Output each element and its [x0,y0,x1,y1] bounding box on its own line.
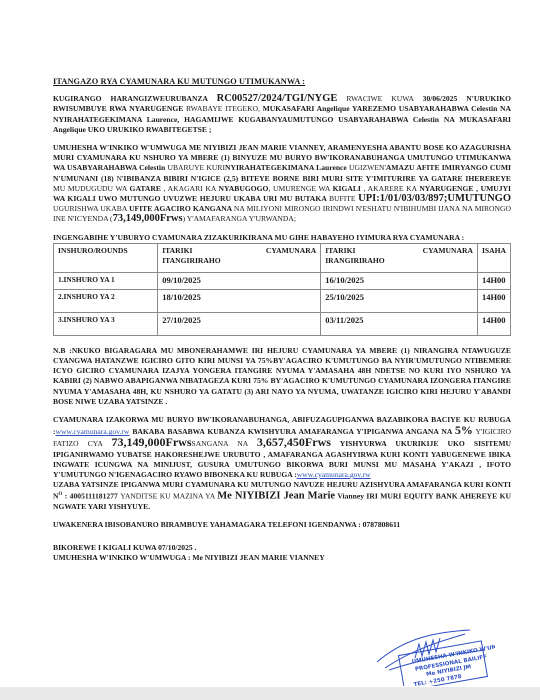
table-row: 2.INSHURO YA 218/10/202525/10/202514H00 [54,289,511,312]
column-header: ITARIKICYAMUNARA ITANGIRIRAHO [158,243,321,272]
text: KIGALI [333,184,361,193]
deposit-amount: 3,657,450Frws [257,435,331,449]
text: IBIBANZA BIBIRI N'IGICE (2,5) BITEYE BOR… [123,174,511,183]
auction-website-link[interactable]: www.cyamunara.gov.rw [297,470,371,479]
text: RWACIWE KUWA [337,94,422,103]
table-cell: 14H00 [477,272,510,289]
text: KUGIRANGO HARANGIZWEURUBANZA [53,94,217,103]
document-body: ITANGAZO RYA CYAMUNARA KU MUTUNGO UTIMUK… [53,77,511,563]
text: , AKARERE KA [361,184,419,193]
case-number: RC00527/2024/TGI/NYGE [217,93,338,104]
table-cell: 03/11/2025 [321,312,478,335]
text: GATARE [130,184,161,193]
paragraph-note: N.B :NKUKO BIGARAGARA MU MBONERAHAMWE IR… [53,346,511,407]
judgment-date: 30/06/2025 [423,94,458,103]
table-cell: 14H00 [477,289,510,312]
paragraph-payment: UZABA YATSINZE IPIGANWA MURI CYAMUNARA K… [53,480,511,512]
upi-number: UPI:1/01/03/03/897;UMUTUNGO [358,193,511,204]
bailiff-stamp-and-signature-icon: UMUHESHA W'INKIKO W'UMWUGA PROFESSIONAL … [375,628,495,686]
table-cell: 25/10/2025 [321,289,478,312]
base-price: 73,149,000Frws [112,435,192,449]
document-title: ITANGAZO RYA CYAMUNARA KU MUTUNGO UTIMUK… [53,77,511,87]
text: ) Y'AMAFARANGA Y'URWANDA; [183,214,296,223]
schedule-intro: INGENGABIHE Y'UBURYO CYAMUNARA ZIZAKURIK… [53,233,511,243]
text: BUFITE [329,194,358,203]
column-header: ISAHA [477,243,510,272]
table-cell: 27/10/2025 [158,312,321,335]
table-cell: 3.INSHURO YA 3 [54,312,158,335]
account-holder: Me NIYIBIZI Jean Marie [217,491,335,502]
table-cell: 09/10/2025 [158,272,321,289]
table-cell: 1.INSHURO YA 1 [54,272,158,289]
text: RWABAYE ITEGEKO, [186,104,260,113]
text: , UMURENGE WA [268,184,332,193]
table-cell: 2.INSHURO YA 2 [54,289,158,312]
text: SANGANA NA [192,439,257,448]
closing-place-date: BIKOREWE I KIGALI KUWA 07/10/2025 . [53,543,511,553]
text: , AKAGARI KA [161,184,219,193]
closing-signatory: UMUHESHA W'INKIKO W'UMWUGA : Me NIYIBIZI… [53,553,511,563]
table-header-row: INSHURO/ROUNDS ITARIKICYAMUNARA ITANGIRI… [54,243,511,272]
text: UFITE AGACIRO KANGANA [129,204,234,213]
text: MU MUDUGUDU WA [53,184,130,193]
column-header: ITARIKICYAMUNARA IRANGIRIRAHO [321,243,478,272]
text: UGIZWEN' [349,163,386,172]
table-row: 3.INSHURO YA 327/10/202503/11/202514H00 [54,312,511,335]
text: UBARUYE KURI [167,163,225,172]
property-value: 73,149,000Frws [113,213,183,224]
text: NYABUGOGO [219,184,269,193]
table-cell: 18/10/2025 [158,289,321,312]
table-cell: 16/10/2025 [321,272,478,289]
paragraph-bidding: CYAMUNARA IZAKORWA MU BURYO BW'IKORANABU… [53,415,511,480]
text: YANDITSE KU MAZINA YA [120,492,217,501]
auction-schedule-table: INSHURO/ROUNDS ITARIKICYAMUNARA ITANGIRI… [53,243,511,336]
text: NYIRAHATEGEKIMANA Laurence [225,163,349,172]
text: UGURISHWA UKABA [53,204,129,213]
paragraph-announcement: UMUHESHA W'INKIKO W'UMWUGA ME NIYIBIZI J… [53,143,511,225]
deposit-percent: 5% [455,423,473,437]
document-page: ` ITANGAZO RYA CYAMUNARA KU MUTUNGO UTIM… [0,0,540,687]
account-number: : 4005111181277 [62,492,120,501]
column-header: INSHURO/ROUNDS [54,243,158,272]
table-cell: 14H00 [477,312,510,335]
contact-line: UWAKENERA IBISOBANURO BIRAMBUYE YAHAMAGA… [53,520,511,530]
paragraph-case: KUGIRANGO HARANGIZWEURUBANZA RC00527/202… [53,94,511,135]
table-row: 1.INSHURO YA 109/10/202516/10/202514H00 [54,272,511,289]
